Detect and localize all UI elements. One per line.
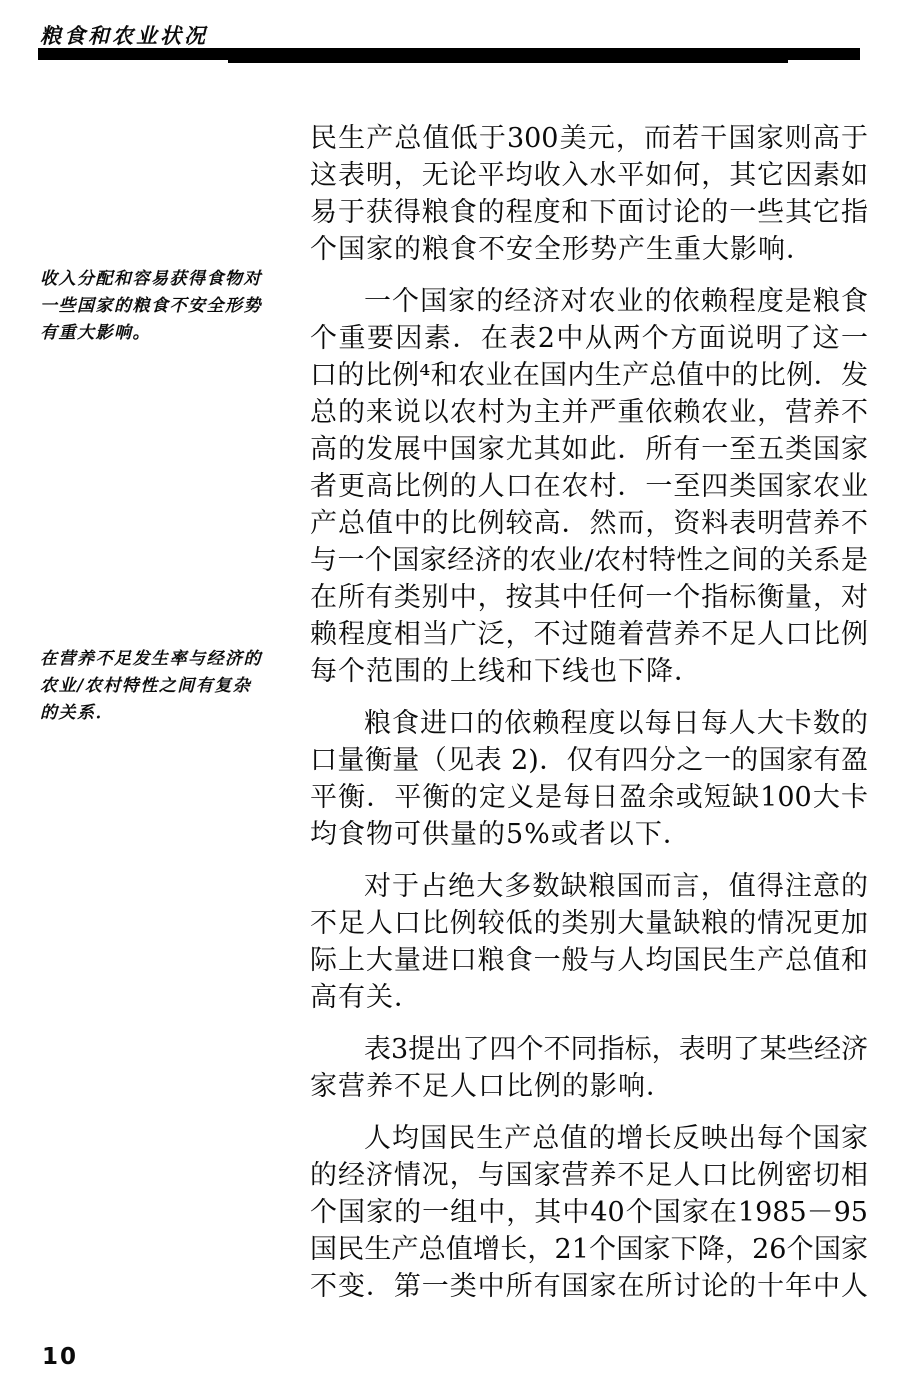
text-line: 口量衡量（见表 2)．仅有四分之一的国家有盈余或大致 <box>310 742 868 779</box>
text-line: 产总值中的比例较高．然而，资料表明营养不足发生率 <box>310 505 868 542</box>
margin-note-line: 一些国家的粮食不安全形势 <box>40 293 292 320</box>
text-line: 这表明，无论平均收入水平如何，其它因素如收入分配、 <box>310 157 868 194</box>
text-line: 一个国家的经济对农业的依赖程度是粮食安全的一 <box>310 283 868 320</box>
paragraph: 对于占绝大多数缺粮国而言，值得注意的是，营养不足人口比例较低的类别大量缺粮的情况… <box>310 868 868 1016</box>
paragraph: 表3提出了四个不同指标，表明了某些经济趋势对国家营养不足人口比例的影响． <box>310 1031 868 1105</box>
text-line: 民生产总值低于300美元，而若干国家则高于3000美元． <box>310 120 868 157</box>
text-line: 易于获得粮食的程度和下面讨论的一些其它指标将对一 <box>310 194 868 231</box>
paragraph: 一个国家的经济对农业的依赖程度是粮食安全的一个重要因素．在表2中从两个方面说明了… <box>310 283 868 690</box>
paragraph: 民生产总值低于300美元，而若干国家则高于3000美元．这表明，无论平均收入水平… <box>310 120 868 268</box>
running-header-title: 粮食和农业状况 <box>40 20 208 50</box>
text-line: 者更高比例的人口在农村．一至四类国家农业在国内生 <box>310 468 868 505</box>
text-line: 口的比例⁴和农业在国内生产总值中的比例．发展中国家 <box>310 357 868 394</box>
paragraph: 人均国民生产总值的增长反映出每个国家有关时期的经济情况，与国家营养不足人口比例密… <box>310 1120 868 1305</box>
text-line: 个国家的粮食不安全形势产生重大影响． <box>310 231 868 268</box>
page-number: 10 <box>42 1344 78 1370</box>
margin-note-income-distribution: 收入分配和容易获得食物对一些国家的粮食不安全形势有重大影响。 <box>40 266 292 347</box>
text-line: 家营养不足人口比例的影响． <box>310 1068 868 1105</box>
text-line: 均食物可供量的5%或者以下． <box>310 816 868 853</box>
text-line: 际上大量进口粮食一般与人均国民生产总值和购买力较 <box>310 942 868 979</box>
text-line: 对于占绝大多数缺粮国而言，值得注意的是，营养 <box>310 868 868 905</box>
text-line: 表3提出了四个不同指标，表明了某些经济趋势对国 <box>310 1031 868 1068</box>
text-line: 不足人口比例较低的类别大量缺粮的情况更加普遍；实 <box>310 905 868 942</box>
text-line: 个重要因素．在表2中从两个方面说明了这一点：农村人 <box>310 320 868 357</box>
margin-note-line: 收入分配和容易获得食物对 <box>40 266 292 293</box>
text-line: 粮食进口的依赖程度以每日每人大卡数的粮食净进 <box>310 705 868 742</box>
text-line: 赖程度相当广泛，不过随着营养不足人口比例的下降， <box>310 616 868 653</box>
text-line: 平衡．平衡的定义是每日盈余或短缺100大卡以下，即人 <box>310 779 868 816</box>
text-line: 的经济情况，与国家营养不足人口比例密切相关．在87 <box>310 1157 868 1194</box>
paragraph: 粮食进口的依赖程度以每日每人大卡数的粮食净进口量衡量（见表 2)．仅有四分之一的… <box>310 705 868 853</box>
margin-note-line: 的关系． <box>40 700 292 727</box>
text-line: 高有关． <box>310 979 868 1016</box>
text-line: 在所有类别中，按其中任何一个指标衡量，对农业的依 <box>310 579 868 616</box>
margin-note-line: 农业/农村特性之间有复杂 <box>40 673 292 700</box>
text-line: 总的来说以农村为主并严重依赖农业，营养不足发生率 <box>310 394 868 431</box>
text-line: 高的发展中国家尤其如此．所有一至五类国家有70%或 <box>310 431 868 468</box>
text-line: 每个范围的上线和下线也下降． <box>310 653 868 690</box>
margin-note-line: 在营养不足发生率与经济的 <box>40 646 292 673</box>
document-page: 粮食和农业状况 收入分配和容易获得食物对一些国家的粮食不安全形势有重大影响。 在… <box>0 0 900 1400</box>
text-line: 国民生产总值增长，21个国家下降，26个国家大致保持 <box>310 1231 868 1268</box>
margin-note-line: 有重大影响。 <box>40 320 292 347</box>
text-line: 人均国民生产总值的增长反映出每个国家有关时期 <box>310 1120 868 1157</box>
text-line: 不变．第一类中所有国家在所讨论的十年中人均收入增 <box>310 1268 868 1305</box>
text-line: 个国家的一组中，其中40个国家在1985－95年期间人均 <box>310 1194 868 1231</box>
main-text-column: 民生产总值低于300美元，而若干国家则高于3000美元．这表明，无论平均收入水平… <box>310 120 868 1320</box>
header-rule <box>38 48 860 60</box>
margin-note-undernourishment-relationship: 在营养不足发生率与经济的农业/农村特性之间有复杂的关系． <box>40 646 292 727</box>
text-line: 与一个国家经济的农业/农村特性之间的关系是复杂的． <box>310 542 868 579</box>
